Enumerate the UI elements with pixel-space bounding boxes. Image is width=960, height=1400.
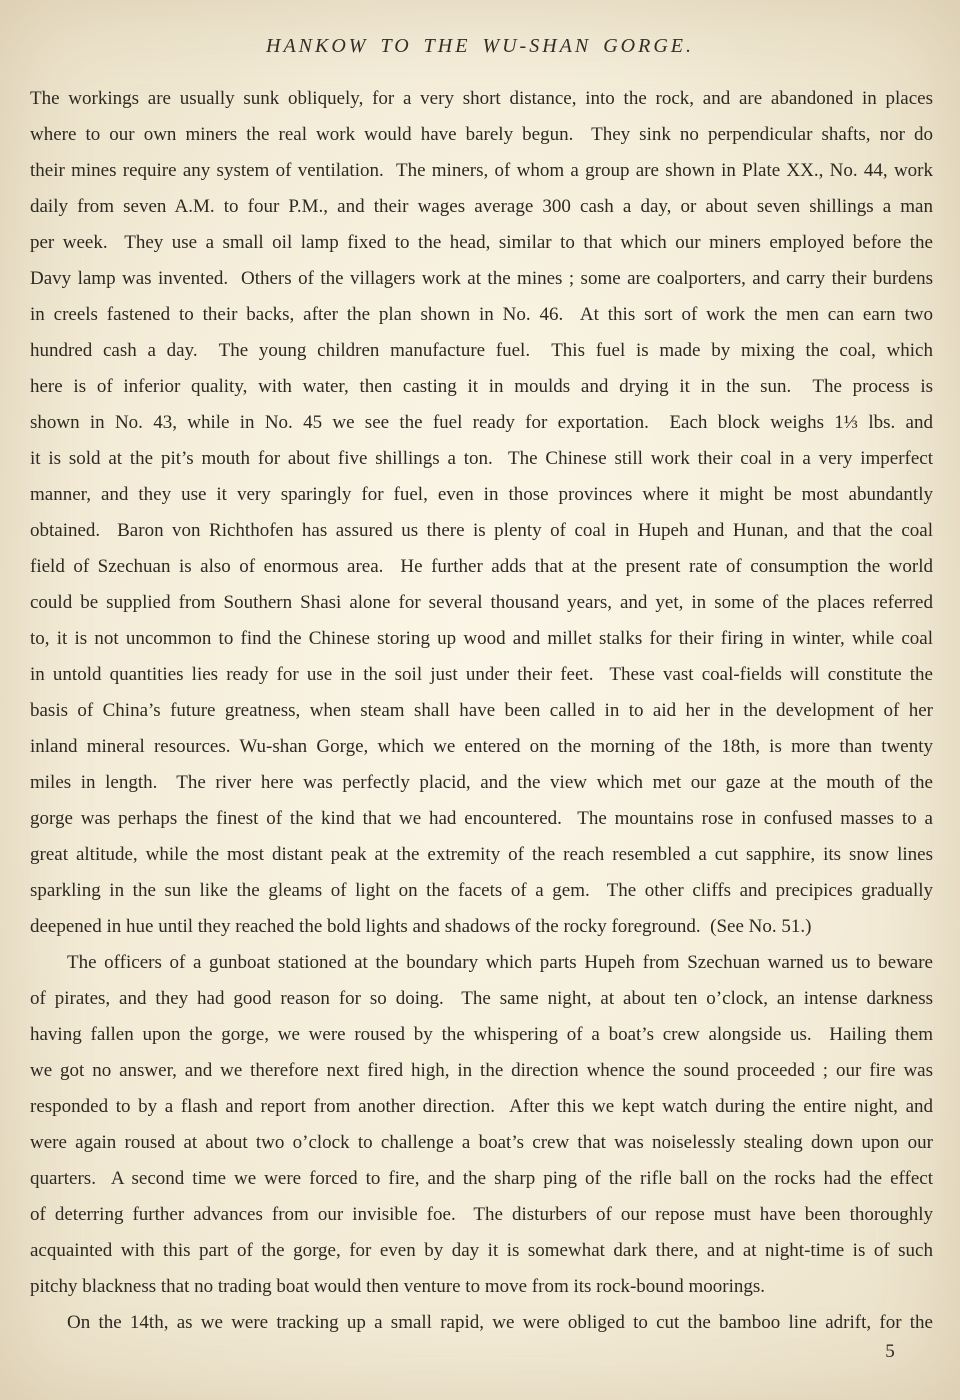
text-line: of deterring further advances from our i… <box>30 1197 933 1233</box>
text-line: here is of inferior quality, with water,… <box>30 369 933 405</box>
page-number: 5 <box>878 1340 902 1364</box>
body-text: The workings are usually sunk obliquely,… <box>30 81 933 1341</box>
text-line: sparkling in the sun like the gleams of … <box>30 873 933 909</box>
text-line: pitchy blackness that no trading boat wo… <box>30 1269 933 1305</box>
text-line: their mines require any system of ventil… <box>30 153 933 189</box>
text-line: On the 14th, as we were tracking up a sm… <box>30 1305 933 1341</box>
text-line: having fallen upon the gorge, we were ro… <box>30 1017 933 1053</box>
text-line: Davy lamp was invented. Others of the vi… <box>30 261 933 297</box>
text-line: deepened in hue until they reached the b… <box>30 909 933 945</box>
text-line: quarters. A second time we were forced t… <box>30 1161 933 1197</box>
text-line: in creels fastened to their backs, after… <box>30 297 933 333</box>
text-line: gorge was perhaps the finest of the kind… <box>30 801 933 837</box>
text-line: to, it is not uncommon to find the Chine… <box>30 621 933 657</box>
paragraph: The workings are usually sunk obliquely,… <box>30 81 933 945</box>
text-line: The workings are usually sunk obliquely,… <box>30 81 933 117</box>
text-line: shown in No. 43, while in No. 45 we see … <box>30 405 933 441</box>
text-line: where to our own miners the real work wo… <box>30 117 933 153</box>
text-line: responded to by a flash and report from … <box>30 1089 933 1125</box>
text-line: field of Szechuan is also of enormous ar… <box>30 549 933 585</box>
book-page: HANKOW TO THE WU-SHAN GORGE. The working… <box>0 0 960 1400</box>
text-line: per week. They use a small oil lamp fixe… <box>30 225 933 261</box>
text-line: inland mineral resources. Wu-shan Gorge,… <box>30 729 933 765</box>
text-line: could be supplied from Southern Shasi al… <box>30 585 933 621</box>
text-line: acquainted with this part of the gorge, … <box>30 1233 933 1269</box>
text-line: daily from seven A.M. to four P.M., and … <box>30 189 933 225</box>
text-line: great altitude, while the most distant p… <box>30 837 933 873</box>
paragraph: The officers of a gunboat stationed at t… <box>30 945 933 1305</box>
text-line: we got no answer, and we therefore next … <box>30 1053 933 1089</box>
text-line: obtained. Baron von Richthofen has assur… <box>30 513 933 549</box>
text-line: in untold quantities lies ready for use … <box>30 657 933 693</box>
paragraph: On the 14th, as we were tracking up a sm… <box>30 1305 933 1341</box>
page-title: HANKOW TO THE WU-SHAN GORGE. <box>0 35 960 58</box>
text-line: hundred cash a day. The young children m… <box>30 333 933 369</box>
text-line: The officers of a gunboat stationed at t… <box>30 945 933 981</box>
text-line: miles in length. The river here was perf… <box>30 765 933 801</box>
text-line: it is sold at the pit’s mouth for about … <box>30 441 933 477</box>
text-line: basis of China’s future greatness, when … <box>30 693 933 729</box>
text-line: manner, and they use it very sparingly f… <box>30 477 933 513</box>
text-line: of pirates, and they had good reason for… <box>30 981 933 1017</box>
text-line: were again roused at about two o’clock t… <box>30 1125 933 1161</box>
